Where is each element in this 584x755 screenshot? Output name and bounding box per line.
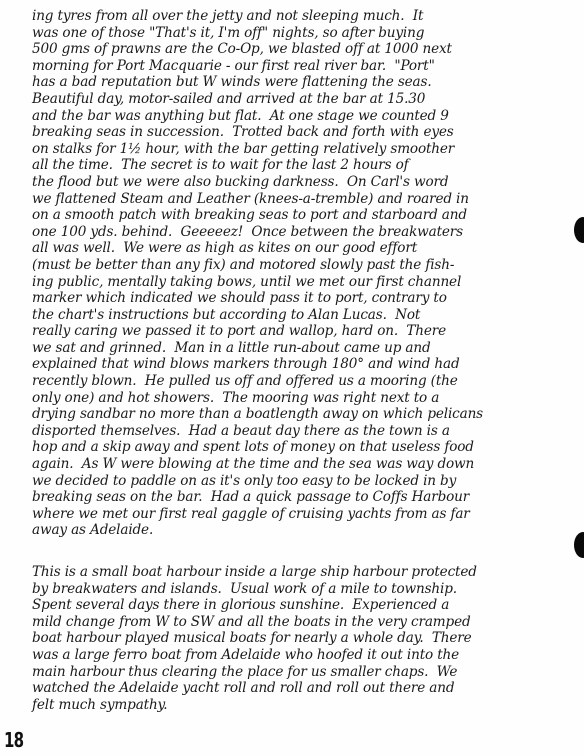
text-line: disported themselves. Had a beaut day th…	[32, 423, 584, 440]
text-line: explained that wind blows markers throug…	[32, 356, 584, 373]
text-line: hop and a skip away and spent lots of mo…	[32, 439, 584, 456]
text-line: ing public, mentally taking bows, until …	[32, 274, 584, 291]
text-line: by breakwaters and islands. Usual work o…	[32, 581, 584, 598]
text-line: all was well. We were as high as kites o…	[32, 240, 584, 257]
text-line: boat harbour played musical boats for ne…	[32, 630, 584, 647]
text-line: felt much sympathy.	[32, 697, 584, 714]
page-number: 18	[4, 728, 23, 752]
text-line: we flattened Steam and Leather (knees-a-…	[32, 191, 584, 208]
text-line: on a smooth patch with breaking seas to …	[32, 207, 584, 224]
document-page: ing tyres from all over the jetty and no…	[0, 0, 584, 755]
text-line: breaking seas in succession. Trotted bac…	[32, 124, 584, 141]
paragraph-coffs-harbour: This is a small boat harbour inside a la…	[32, 564, 584, 713]
text-line: watched the Adelaide yacht roll and roll…	[32, 680, 584, 697]
text-line: was one of those "That's it, I'm off" ni…	[32, 25, 584, 42]
text-line: breaking seas on the bar. Had a quick pa…	[32, 489, 584, 506]
text-line: again. As W were blowing at the time and…	[32, 456, 584, 473]
text-line: the chart's instructions but according t…	[32, 307, 584, 324]
text-line: drying sandbar no more than a boatlength…	[32, 406, 584, 423]
text-line: all the time. The secret is to wait for …	[32, 157, 584, 174]
text-line: This is a small boat harbour inside a la…	[32, 564, 584, 581]
text-line: we decided to paddle on as it's only too…	[32, 473, 584, 490]
text-line: 500 gms of prawns are the Co-Op, we blas…	[32, 41, 584, 58]
text-line: on stalks for 1½ hour, with the bar gett…	[32, 141, 584, 158]
text-line: Spent several days there in glorious sun…	[32, 597, 584, 614]
text-line: and the bar was anything but flat. At on…	[32, 108, 584, 125]
text-line: morning for Port Macquarie - our first r…	[32, 58, 584, 75]
text-line: main harbour thus clearing the place for…	[32, 664, 584, 681]
text-line: away as Adelaide.	[32, 522, 584, 539]
text-line: the flood but we were also bucking darkn…	[32, 174, 584, 191]
text-line: marker which indicated we should pass it…	[32, 290, 584, 307]
paragraph-port-macquarie: ing tyres from all over the jetty and no…	[32, 8, 584, 539]
text-line: recently blown. He pulled us off and off…	[32, 373, 584, 390]
text-line: we sat and grinned. Man in a little run-…	[32, 340, 584, 357]
text-line: Beautiful day, motor-sailed and arrived …	[32, 91, 584, 108]
text-line: one 100 yds. behind. Geeeeez! Once betwe…	[32, 224, 584, 241]
text-line: mild change from W to SW and all the boa…	[32, 614, 584, 631]
punch-hole-icon	[574, 532, 584, 558]
text-line: really caring we passed it to port and w…	[32, 323, 584, 340]
text-line: (must be better than any fix) and motore…	[32, 257, 584, 274]
text-line: was a large ferro boat from Adelaide who…	[32, 647, 584, 664]
text-line: has a bad reputation but W winds were fl…	[32, 74, 584, 91]
text-line: only one) and hot showers. The mooring w…	[32, 390, 584, 407]
text-line: where we met our first real gaggle of cr…	[32, 506, 584, 523]
text-line: ing tyres from all over the jetty and no…	[32, 8, 584, 25]
